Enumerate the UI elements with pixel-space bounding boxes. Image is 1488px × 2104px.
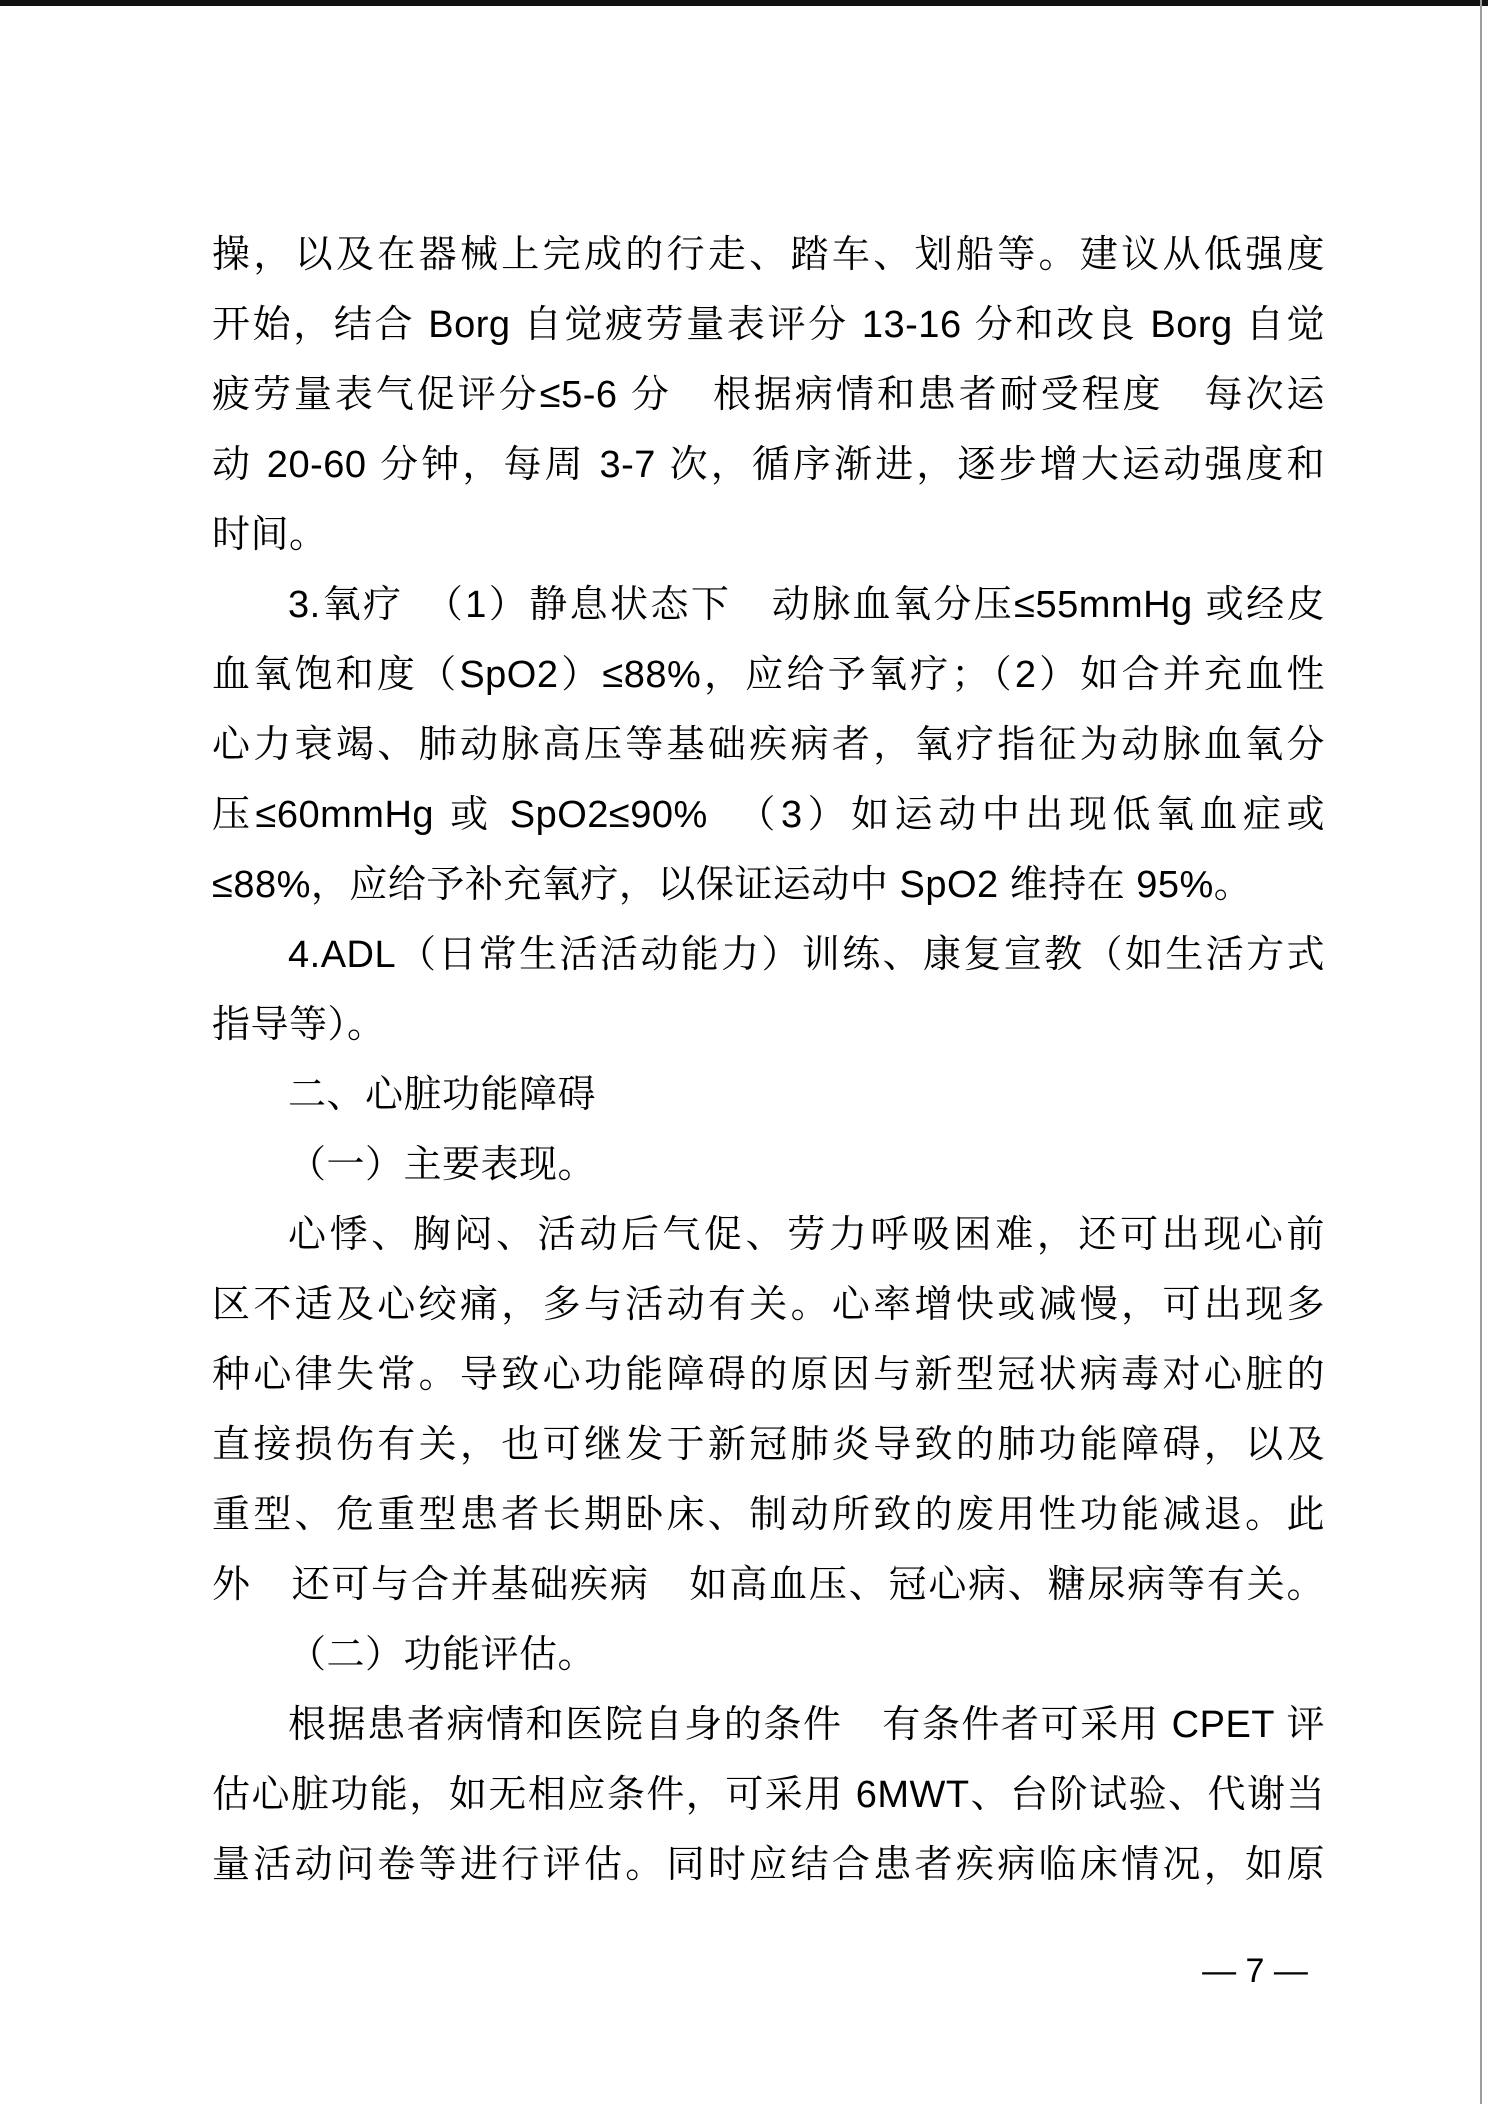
text-line: 压≤60mmHg 或 SpO2≤90% （3）如运动中出现低氧血症或 SpO2 — [212, 780, 1325, 850]
page-number: — 7 — — [1140, 1948, 1370, 1994]
text-line: 量活动问卷等进行评估。同时应结合患者疾病临床情况，如原 — [212, 1830, 1325, 1900]
subsection-heading-line: （一）主要表现。 — [212, 1130, 1325, 1200]
text-line: ≤88%，应给予补充氧疗，以保证运动中 SpO2 维持在 95%。 — [212, 850, 1325, 920]
text-line: 重型、危重型患者长期卧床、制动所致的废用性功能减退。此 — [212, 1480, 1325, 1550]
text-line: 指导等）。 — [212, 990, 1325, 1060]
text-line: 3.氧疗 （1）静息状态下 动脉血氧分压≤55mmHg 或经皮 — [212, 570, 1325, 640]
text-line: 心悸、胸闷、活动后气促、劳力呼吸困难，还可出现心前 — [212, 1200, 1325, 1270]
text-line: 种心律失常。导致心功能障碍的原因与新型冠状病毒对心脏的 — [212, 1340, 1325, 1410]
text-line: 区不适及心绞痛，多与活动有关。心率增快或减慢，可出现多 — [212, 1270, 1325, 1340]
section-heading-line: 二、心脏功能障碍 — [212, 1060, 1325, 1130]
text-line: 4.ADL（日常生活活动能力）训练、康复宣教（如生活方式 — [212, 920, 1325, 990]
text-line: 操，以及在器械上完成的行走、踏车、划船等。建议从低强度 — [212, 220, 1325, 290]
text-line: 时间。 — [212, 500, 1325, 570]
text-line: 外 还可与合并基础疾病 如高血压、冠心病、糖尿病等有关。 — [212, 1550, 1325, 1620]
text-line: 血氧饱和度（SpO2）≤88%，应给予氧疗；（2）如合并充血性 — [212, 640, 1325, 710]
text-line: 直接损伤有关，也可继发于新冠肺炎导致的肺功能障碍，以及 — [212, 1410, 1325, 1480]
text-line: 动 20-60 分钟，每周 3-7 次，循序渐进，逐步增大运动强度和 — [212, 430, 1325, 500]
scan-top-edge-bar — [0, 0, 1488, 6]
subsection-heading-line: （二）功能评估。 — [212, 1620, 1325, 1690]
text-line: 开始，结合 Borg 自觉疲劳量表评分 13-16 分和改良 Borg 自觉 — [212, 290, 1325, 360]
text-line: 疲劳量表气促评分≤5-6 分 根据病情和患者耐受程度 每次运 — [212, 360, 1325, 430]
document-body: 操，以及在器械上完成的行走、踏车、划船等。建议从低强度 开始，结合 Borg 自… — [212, 220, 1325, 1900]
scan-right-edge-line — [1480, 0, 1482, 2104]
scanned-document-page: 操，以及在器械上完成的行走、踏车、划船等。建议从低强度 开始，结合 Borg 自… — [0, 0, 1488, 2104]
text-line: 估心脏功能，如无相应条件，可采用 6MWT、台阶试验、代谢当 — [212, 1760, 1325, 1830]
text-line: 心力衰竭、肺动脉高压等基础疾病者，氧疗指征为动脉血氧分 — [212, 710, 1325, 780]
text-line: 根据患者病情和医院自身的条件 有条件者可采用 CPET 评 — [212, 1690, 1325, 1760]
